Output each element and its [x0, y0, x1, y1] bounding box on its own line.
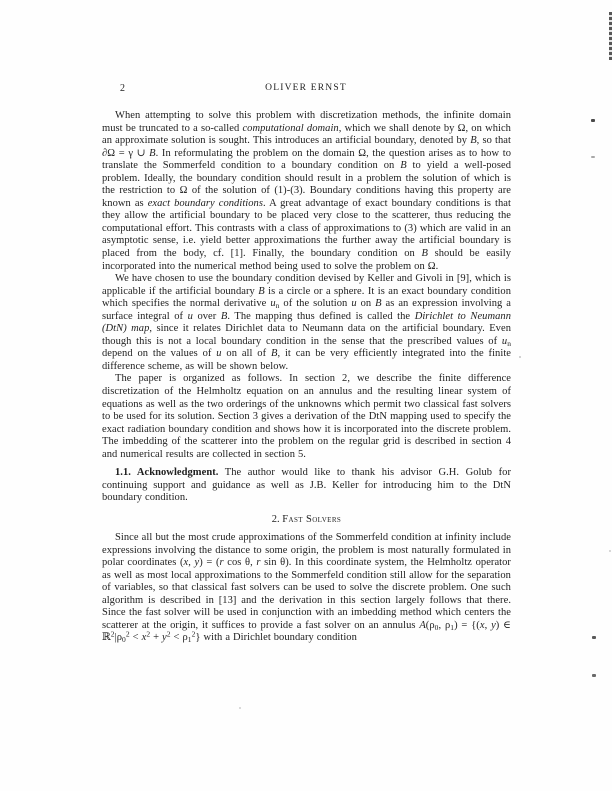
page-body: When attempting to solve this problem wi… [102, 110, 511, 645]
scan-artifact-speck [239, 707, 241, 709]
paragraph-paper-outline: The paper is organized as follows. In se… [102, 373, 511, 461]
page-number: 2 [120, 83, 125, 94]
paragraph-fast-solvers-intro: Since all but the most crude approximati… [102, 532, 511, 645]
running-head-title: OLIVER ERNST [265, 83, 347, 93]
paper-page: 2 OLIVER ERNST When attempting to solve … [0, 0, 612, 791]
scan-artifact-speck [609, 550, 611, 552]
scan-artifact-speck [519, 356, 521, 358]
scan-artifact-speck [592, 636, 596, 639]
running-head: 2 OLIVER ERNST [102, 83, 510, 93]
acknowledgment-paragraph: 1.1. Acknowledgment. The author would li… [102, 467, 511, 505]
scan-artifact-speck [592, 674, 596, 677]
scan-artifact-speck [591, 156, 595, 158]
paragraph-intro-discretization: When attempting to solve this problem wi… [102, 110, 511, 273]
paragraph-dtn-boundary: We have chosen to use the boundary condi… [102, 273, 511, 373]
section-heading-fast-solvers: 2. Fast Solvers [102, 514, 511, 525]
scan-artifact-speck [591, 119, 595, 122]
